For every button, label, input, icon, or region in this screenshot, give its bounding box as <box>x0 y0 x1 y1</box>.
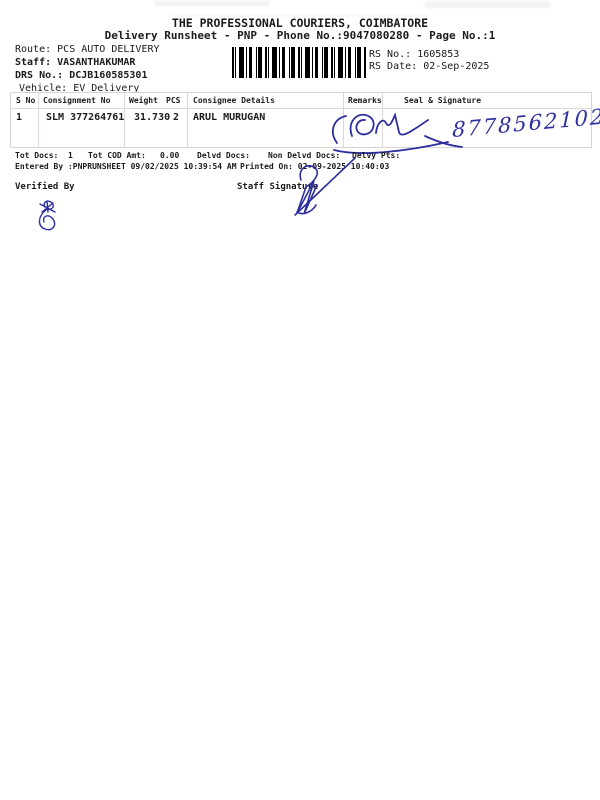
verified-by-label: Verified By <box>15 182 75 192</box>
column-divider <box>187 93 188 147</box>
route-label: Route: <box>15 44 51 55</box>
tot-docs-value: 1 <box>68 151 73 160</box>
cell-pcs: 2 <box>173 112 179 123</box>
col-header-seal: Seal & Signature <box>404 96 481 105</box>
drs-line: DRS No.: DCJB160585301 <box>15 70 147 81</box>
cell-sno: 1 <box>16 112 22 123</box>
staff-value: VASANTHAKUMAR <box>57 57 135 68</box>
column-divider <box>38 93 39 147</box>
col-header-consignee: Consignee Details <box>193 96 275 105</box>
col-header-pcs: PCS <box>166 96 180 105</box>
staff-line: Staff: VASANTHAKUMAR <box>15 57 135 68</box>
non-delvd-docs-label: Non Delvd Docs: <box>268 151 340 160</box>
delvd-docs-label: Delvd Docs: <box>197 151 250 160</box>
rs-date-line: RS Date: 02-Sep-2025 <box>369 61 489 72</box>
route-line: Route: PCS AUTO DELIVERY <box>15 44 160 55</box>
col-header-sno: S No <box>16 96 35 105</box>
rs-date-label: RS Date: <box>369 61 417 72</box>
tot-cod-label: Tot COD Amt: <box>88 151 146 160</box>
entered-by-line: Entered By :PNPRUNSHEET 09/02/2025 10:39… <box>15 162 237 171</box>
barcode <box>232 47 366 78</box>
company-title: THE PROFESSIONAL COURIERS, COIMBATORE <box>0 16 600 30</box>
runsheet-document: THE PROFESSIONAL COURIERS, COIMBATORE De… <box>0 0 600 800</box>
drs-value: DCJB160585301 <box>69 70 147 81</box>
drs-label: DRS No.: <box>15 70 63 81</box>
tot-cod-value: 0.00 <box>160 151 179 160</box>
cell-weight: 31.730 <box>134 112 170 123</box>
print-artifact <box>425 1 550 8</box>
runsheet-subtitle: Delivery Runsheet - PNP - Phone No.:9047… <box>0 29 600 42</box>
rs-no-line: RS No.: 1605853 <box>369 49 459 60</box>
printed-on-line: Printed On: 02-09-2025 10:40:03 <box>240 162 389 171</box>
col-header-remarks: Remarks <box>348 96 382 105</box>
staff-signature-label: Staff Signature <box>237 182 318 192</box>
rs-no-label: RS No.: <box>369 49 411 60</box>
cell-consignment: SLM 377264761 <box>46 112 124 123</box>
header-divider <box>11 108 591 109</box>
delvy-pts-label: Delvy Pts: <box>352 151 400 160</box>
column-divider <box>382 93 383 147</box>
column-divider <box>343 93 344 147</box>
cell-consignee: ARUL MURUGAN <box>193 112 265 123</box>
rs-date-value: 02-Sep-2025 <box>423 61 489 72</box>
col-header-weight: Weight <box>129 96 158 105</box>
tot-docs-label: Tot Docs: <box>15 151 58 160</box>
route-value: PCS AUTO DELIVERY <box>57 44 159 55</box>
staff-label: Staff: <box>15 57 51 68</box>
print-artifact <box>155 1 270 6</box>
rs-no-value: 1605853 <box>417 49 459 60</box>
col-header-consignment: Consignment No <box>43 96 110 105</box>
